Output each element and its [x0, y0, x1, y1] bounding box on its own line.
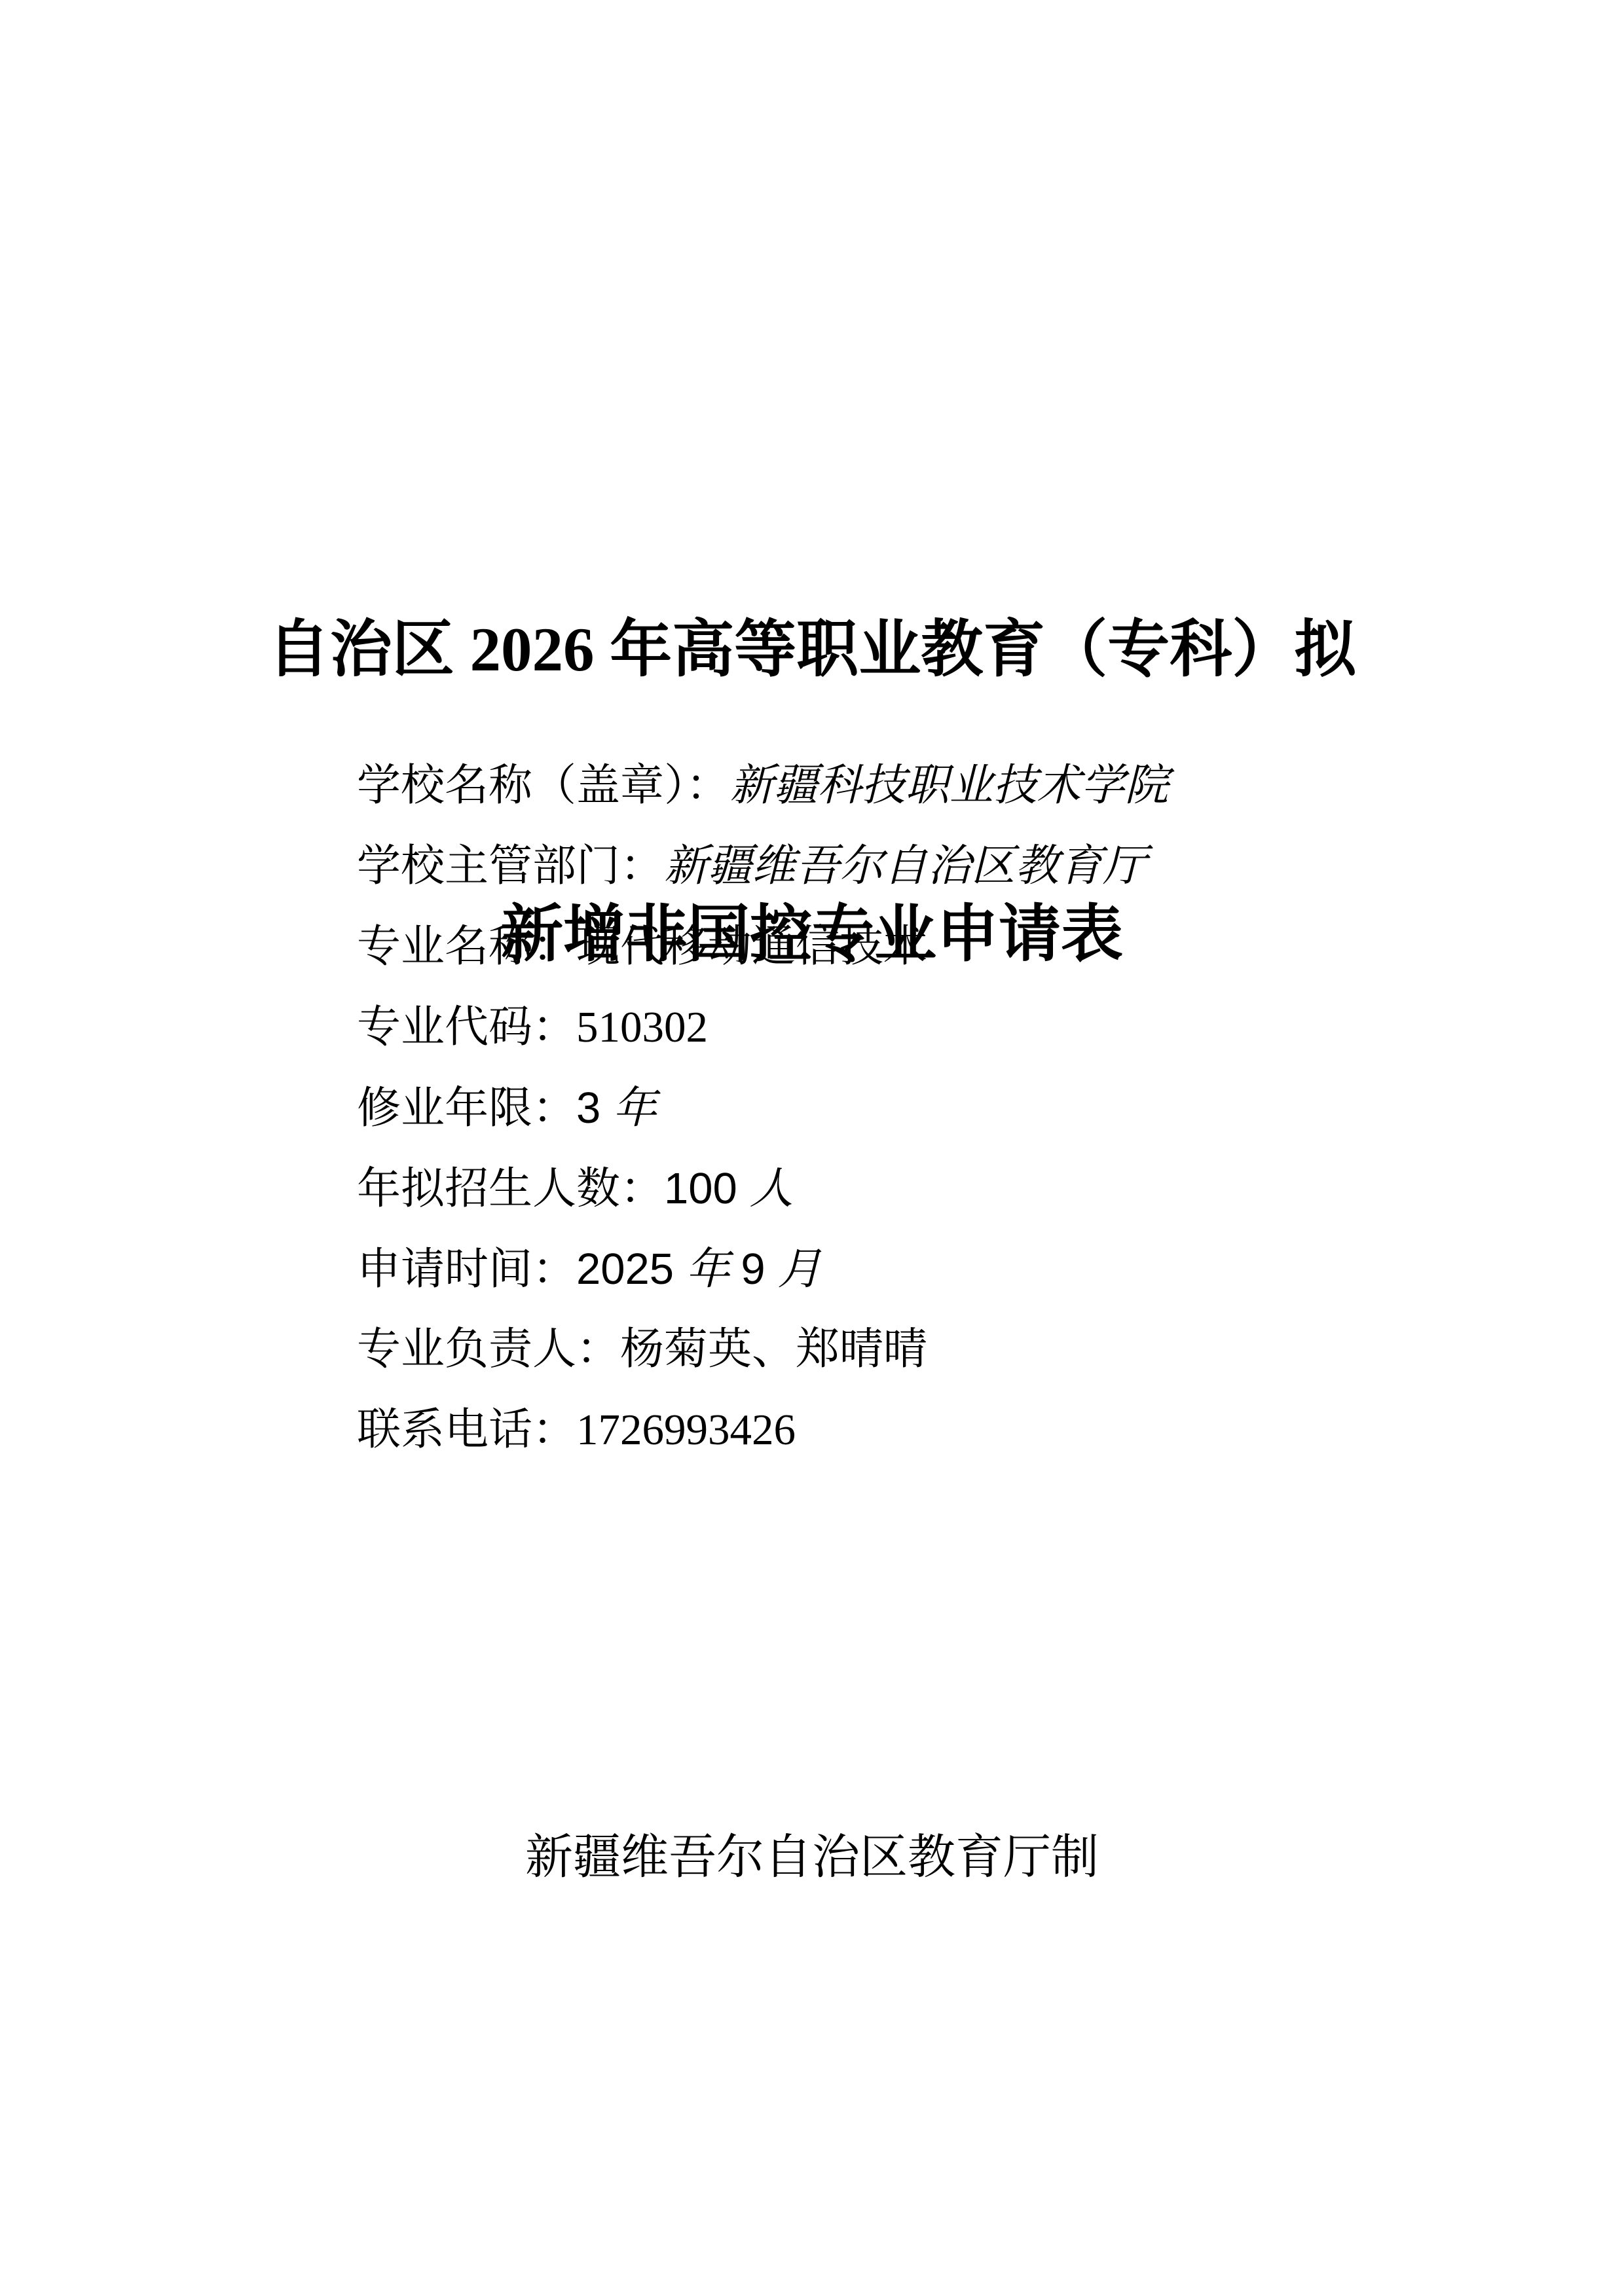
footer-text: 新疆维吾尔自治区教育厅制: [525, 1831, 1099, 1884]
info-row: 学校主管部门：新疆维吾尔自治区教育厅: [357, 826, 1493, 907]
info-row: 专业名称：现代移动通信技术: [357, 907, 1493, 987]
info-row-value: 人: [749, 1165, 793, 1213]
info-row-value: 月: [777, 1245, 821, 1294]
info-row-value: 2025: [576, 1245, 686, 1294]
info-row: 申请时间：2025 年 9 月: [357, 1229, 1493, 1309]
info-row-label: 学校名称（盖章）：: [357, 761, 730, 810]
info-row: 学校名称（盖章）：新疆科技职业技术学院: [357, 746, 1493, 826]
info-row: 修业年限：3 年: [357, 1068, 1493, 1148]
info-row-label: 联系电话：: [357, 1406, 576, 1454]
info-row-value: 现代移动通信技术: [576, 922, 927, 971]
info-row-value: 1726993426: [576, 1406, 796, 1454]
info-row-label: 修业年限：: [357, 1084, 576, 1133]
info-row: 专业代码：510302: [357, 987, 1493, 1068]
info-row-label: 专业负责人：: [357, 1325, 620, 1374]
info-row-label: 专业代码：: [357, 1003, 576, 1051]
info-row: 联系电话：1726993426: [357, 1390, 1493, 1470]
info-row-value: 3: [576, 1084, 613, 1133]
info-row-label: 申请时间：: [357, 1245, 576, 1294]
info-row-value: 新疆维吾尔自治区教育厅: [664, 842, 1147, 890]
document-page: 自治区 2026 年高等职业教育（专科）拟 新增非国控专业申请表 学校名称（盖章…: [0, 0, 1624, 2296]
info-row-value: 年: [613, 1084, 657, 1133]
info-row-label: 年拟招生人数：: [357, 1165, 664, 1213]
document-footer: 新疆维吾尔自治区教育厅制: [0, 1817, 1624, 1897]
document-title-line1: 自治区 2026 年高等职业教育（专科）拟: [0, 602, 1624, 697]
info-row: 专业负责人：杨菊英、郑晴晴: [357, 1309, 1493, 1390]
info-row-label: 学校主管部门：: [357, 842, 664, 890]
info-row-value: 510302: [576, 1003, 708, 1051]
info-row-value: 新疆科技职业技术学院: [730, 761, 1169, 810]
info-row-value: 9: [741, 1245, 777, 1294]
info-row-value: 杨菊英、郑晴晴: [620, 1325, 927, 1374]
info-row: 年拟招生人数：100 人: [357, 1148, 1493, 1229]
info-list: 学校名称（盖章）：新疆科技职业技术学院学校主管部门：新疆维吾尔自治区教育厅专业名…: [357, 746, 1493, 1470]
info-row-value: 年: [686, 1245, 741, 1294]
info-row-label: 专业名称：: [357, 922, 576, 971]
info-row-value: 100: [664, 1164, 749, 1213]
